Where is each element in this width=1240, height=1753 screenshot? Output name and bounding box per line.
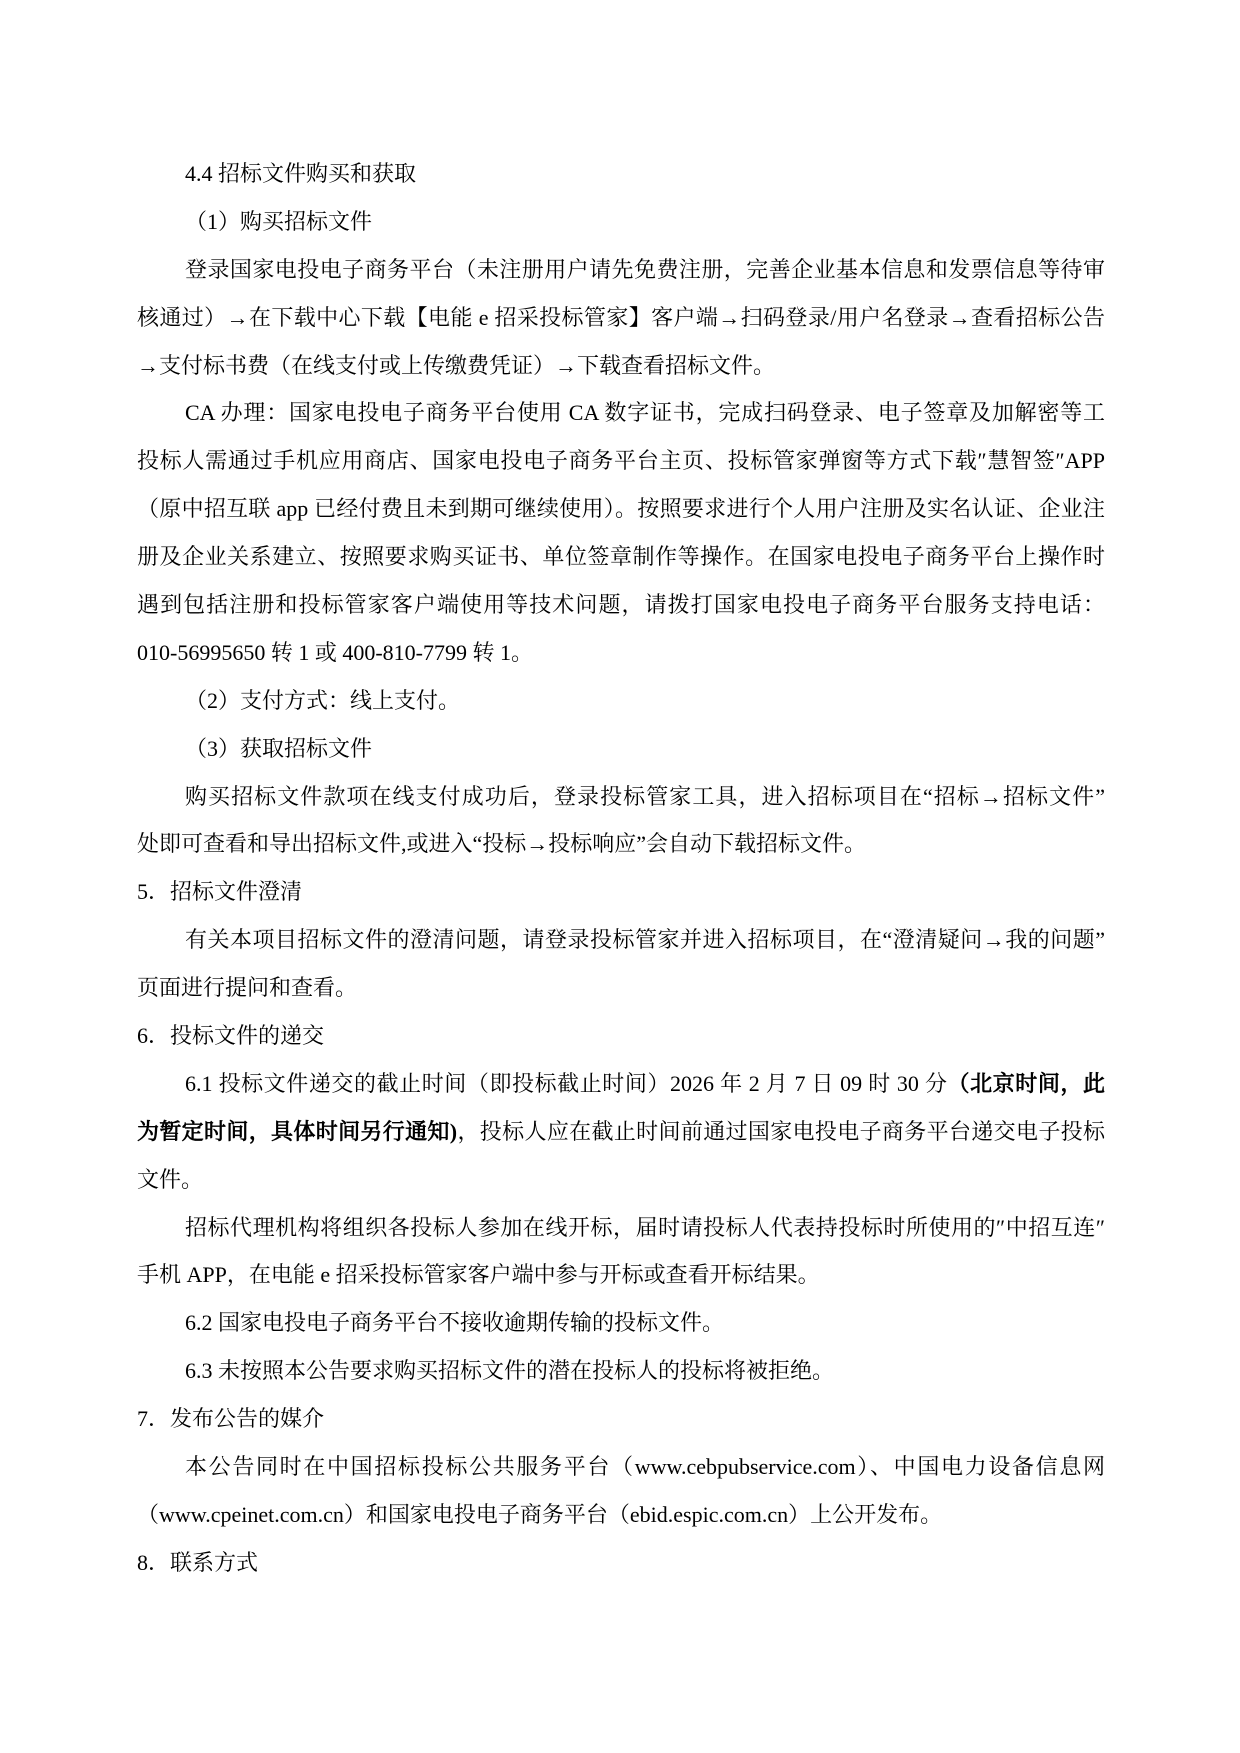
text-line: 本公告同时在中国招标投标公共服务平台（www.cebpubservice.com… bbox=[137, 1443, 1105, 1491]
text-run: 本公告同时在中国招标投标公共服务平台（www.cebpubservice.com… bbox=[185, 1454, 1105, 1479]
text-run: 6.3 未按照本公告要求购买招标文件的潜在投标人的投标将被拒绝。 bbox=[185, 1358, 834, 1383]
text-line: 6．投标文件的递交 bbox=[137, 1012, 1105, 1060]
text-run: （3）获取招标文件 bbox=[185, 736, 372, 761]
text-line: 8．联系方式 bbox=[137, 1539, 1105, 1587]
text-run: （www.cpeinet.com.cn）和国家电投电子商务平台（ebid.esp… bbox=[137, 1502, 942, 1527]
text-run: 5．招标文件澄清 bbox=[137, 879, 302, 904]
text-run: 登录国家电投电子商务平台（未注册用户请先免费注册，完善企业基本信息和发票信息等待… bbox=[185, 257, 1105, 282]
text-line: 4.4 招标文件购买和获取 bbox=[137, 150, 1105, 198]
text-run: →支付标书费（在线支付或上传缴费凭证）→下载查看招标文件。 bbox=[137, 353, 775, 378]
text-run: CA 办理：国家电投电子商务平台使用 CA 数字证书，完成扫码登录、电子签章及加… bbox=[137, 400, 1105, 437]
text-line: 核通过）→在下载中心下载【电能 e 招采投标管家】客户端→扫码登录/用户名登录→… bbox=[137, 294, 1105, 342]
text-run: （2）支付方式：线上支付。 bbox=[185, 688, 460, 713]
document-body: 4.4 招标文件购买和获取（1）购买招标文件登录国家电投电子商务平台（未注册用户… bbox=[137, 150, 1105, 1587]
text-line: 招标代理机构将组织各投标人参加在线开标，届时请投标人代表持投标时所使用的″中招互… bbox=[137, 1204, 1105, 1252]
text-line: 遇到包括注册和投标管家客户端使用等技术问题，请拨打国家电投电子商务平台服务支持电… bbox=[137, 581, 1105, 629]
text-line: 5．招标文件澄清 bbox=[137, 868, 1105, 916]
text-line: →支付标书费（在线支付或上传缴费凭证）→下载查看招标文件。 bbox=[137, 342, 1105, 390]
text-line: CA 办理：国家电投电子商务平台使用 CA 数字证书，完成扫码登录、电子签章及加… bbox=[137, 389, 1105, 437]
text-run: 7．发布公告的媒介 bbox=[137, 1406, 324, 1431]
text-line: 册及企业关系建立、按照要求购买证书、单位签章制作等操作。在国家电投电子商务平台上… bbox=[137, 533, 1105, 581]
text-line: 投标人需通过手机应用商店、国家电投电子商务平台主页、投标管家弹窗等方式下载″慧智… bbox=[137, 437, 1105, 485]
text-run: 4.4 招标文件购买和获取 bbox=[185, 161, 416, 186]
text-run: 遇到包括注册和投标管家客户端使用等技术问题，请拨打国家电投电子商务平台服务支持电… bbox=[137, 592, 1105, 617]
text-line: 010-56995650 转 1 或 400-810-7799 转 1。 bbox=[137, 629, 1105, 677]
text-run: 6.1 投标文件递交的截止时间（即投标截止时间）2026 年 2 月 7 日 0… bbox=[185, 1071, 948, 1096]
text-run: 手机 APP，在电能 e 招采投标管家客户端中参与开标或查看开标结果。 bbox=[137, 1262, 820, 1287]
text-run: 册及企业关系建立、按照要求购买证书、单位签章制作等操作。在国家电投电子商务平台上… bbox=[137, 544, 1105, 569]
text-line: 手机 APP，在电能 e 招采投标管家客户端中参与开标或查看开标结果。 bbox=[137, 1251, 1105, 1299]
text-line: 处即可查看和导出招标文件,或进入“投标→投标响应”会自动下载招标文件。 bbox=[137, 820, 1105, 868]
text-run: ，投标人应在截止时间前通过国家电投电子商务平台递交电子投标 bbox=[457, 1119, 1105, 1144]
text-run: 文件。 bbox=[137, 1167, 203, 1192]
text-line: 7．发布公告的媒介 bbox=[137, 1395, 1105, 1443]
text-line: （1）购买招标文件 bbox=[137, 198, 1105, 246]
text-line: 购买招标文件款项在线支付成功后，登录投标管家工具，进入招标项目在“招标→招标文件… bbox=[137, 773, 1105, 821]
text-run: 购买招标文件款项在线支付成功后，登录投标管家工具，进入招标项目在“招标→招标文件… bbox=[185, 784, 1105, 809]
text-line: （原中招互联 app 已经付费且未到期可继续使用）。按照要求进行个人用户注册及实… bbox=[137, 485, 1105, 533]
text-line: 为暂定时间，具体时间另行通知)，投标人应在截止时间前通过国家电投电子商务平台递交… bbox=[137, 1108, 1105, 1156]
text-line: 6.3 未按照本公告要求购买招标文件的潜在投标人的投标将被拒绝。 bbox=[137, 1347, 1105, 1395]
text-line: 有关本项目招标文件的澄清问题，请登录投标管家并进入招标项目，在“澄清疑问→我的问… bbox=[137, 916, 1105, 964]
document-page: 4.4 招标文件购买和获取（1）购买招标文件登录国家电投电子商务平台（未注册用户… bbox=[0, 0, 1240, 1753]
text-run: 处即可查看和导出招标文件,或进入“投标→投标响应”会自动下载招标文件。 bbox=[137, 831, 866, 856]
bold-text-run: （北京时间，此 bbox=[948, 1071, 1105, 1096]
text-run: （1）购买招标文件 bbox=[185, 209, 372, 234]
text-run: 有关本项目招标文件的澄清问题，请登录投标管家并进入招标项目，在“澄清疑问→我的问… bbox=[185, 927, 1105, 952]
text-line: （2）支付方式：线上支付。 bbox=[137, 677, 1105, 725]
text-run: （原中招互联 app 已经付费且未到期可继续使用）。按照要求进行个人用户注册及实… bbox=[137, 496, 1105, 521]
text-line: 6.1 投标文件递交的截止时间（即投标截止时间）2026 年 2 月 7 日 0… bbox=[137, 1060, 1105, 1108]
text-run: 招标代理机构将组织各投标人参加在线开标，届时请投标人代表持投标时所使用的″中招互… bbox=[185, 1215, 1105, 1240]
text-line: 登录国家电投电子商务平台（未注册用户请先免费注册，完善企业基本信息和发票信息等待… bbox=[137, 246, 1105, 294]
text-run: 010-56995650 转 1 或 400-810-7799 转 1。 bbox=[137, 640, 533, 665]
text-line: 页面进行提问和查看。 bbox=[137, 964, 1105, 1012]
text-run: 6．投标文件的递交 bbox=[137, 1023, 324, 1048]
text-line: 6.2 国家电投电子商务平台不接收逾期传输的投标文件。 bbox=[137, 1299, 1105, 1347]
text-line: 文件。 bbox=[137, 1156, 1105, 1204]
text-run: 页面进行提问和查看。 bbox=[137, 975, 357, 1000]
text-run: 8．联系方式 bbox=[137, 1550, 258, 1575]
text-run: 核通过）→在下载中心下载【电能 e 招采投标管家】客户端→扫码登录/用户名登录→… bbox=[137, 305, 1105, 330]
bold-text-run: 为暂定时间，具体时间另行通知) bbox=[137, 1119, 457, 1144]
text-run: 投标人需通过手机应用商店、国家电投电子商务平台主页、投标管家弹窗等方式下载″慧智… bbox=[137, 448, 1105, 473]
text-run: 6.2 国家电投电子商务平台不接收逾期传输的投标文件。 bbox=[185, 1310, 724, 1335]
text-line: （3）获取招标文件 bbox=[137, 725, 1105, 773]
text-line: （www.cpeinet.com.cn）和国家电投电子商务平台（ebid.esp… bbox=[137, 1491, 1105, 1539]
